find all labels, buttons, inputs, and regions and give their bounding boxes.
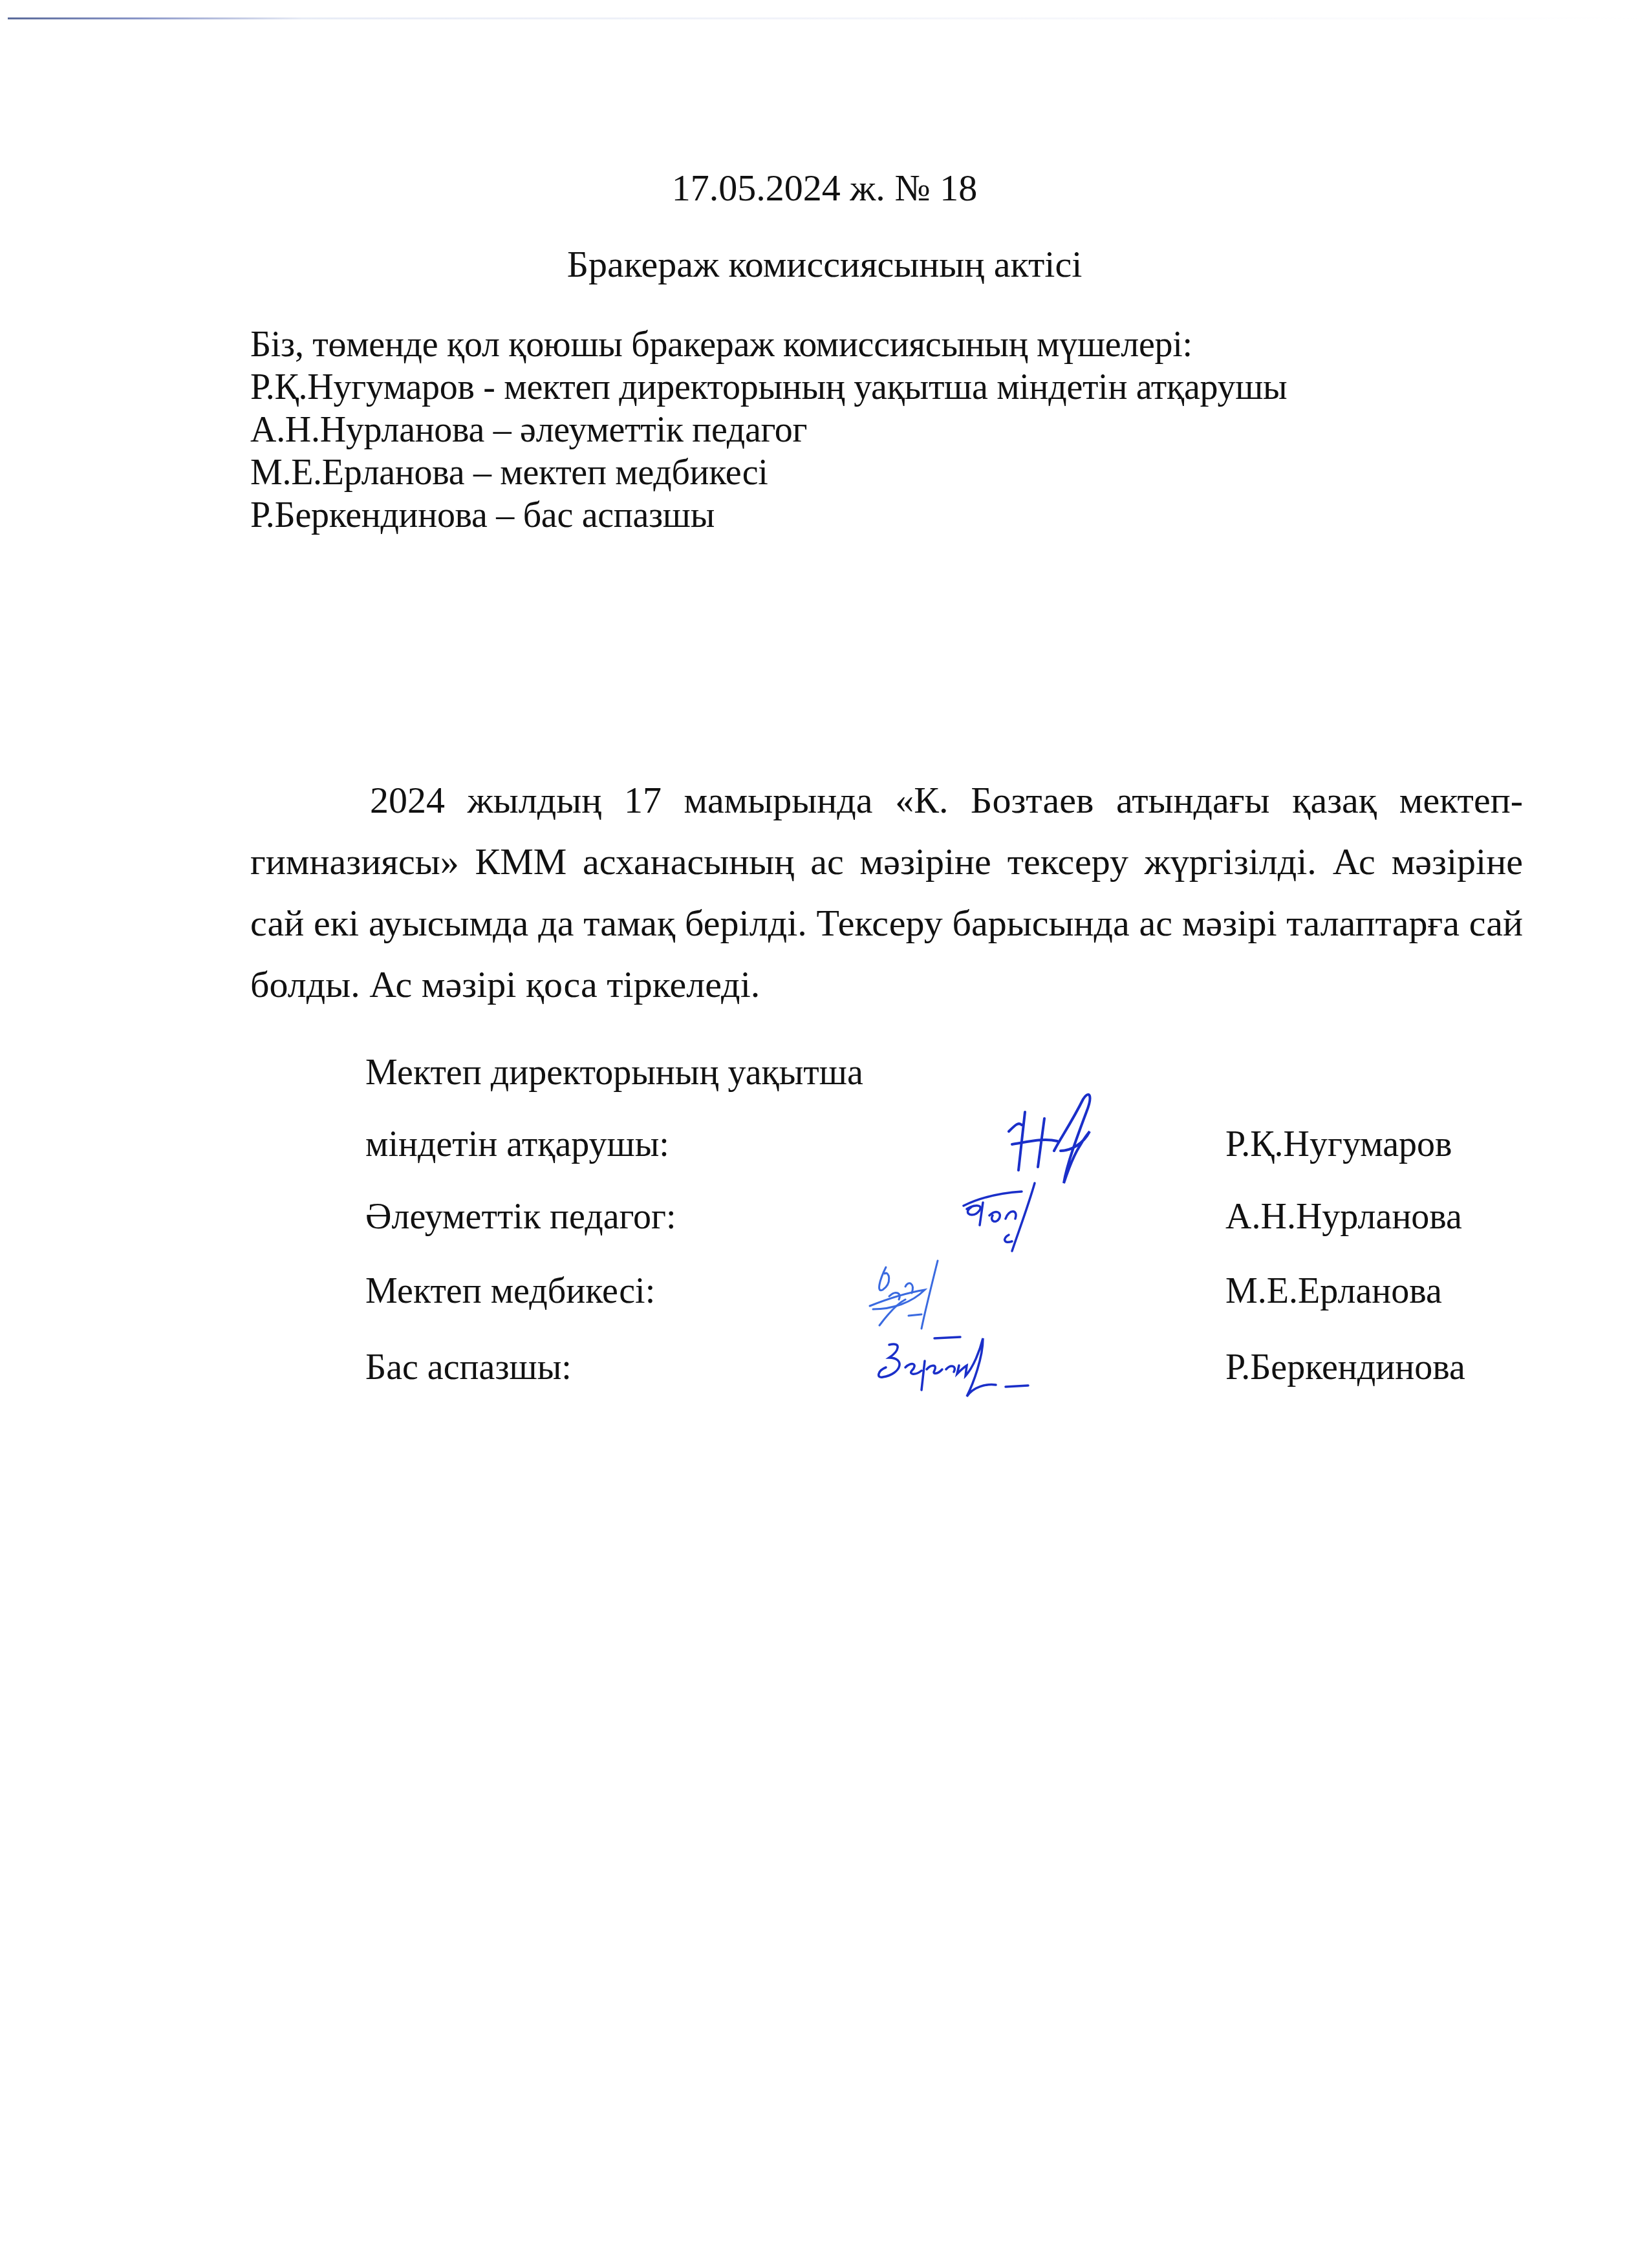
handwritten-signature-nurse-icon bbox=[867, 1254, 951, 1338]
signature-name-director: Р.Қ.Нугумаров bbox=[1225, 1124, 1452, 1165]
signature-name-head-cook: Р.Беркендинова bbox=[1225, 1347, 1465, 1388]
member-line: М.Е.Ерланова – мектеп медбикесі bbox=[250, 451, 1287, 494]
member-line: А.Н.Нурланова – әлеуметтік педагог bbox=[250, 409, 1287, 451]
commission-members: Біз, төменде қол қоюшы бракераж комиссия… bbox=[250, 323, 1287, 537]
document-date-number: 17.05.2024 ж. № 18 bbox=[0, 169, 1649, 207]
signature-role-social-pedagogue: Әлеуметтік педагог: bbox=[365, 1196, 676, 1237]
handwritten-signature-head-cook-icon bbox=[870, 1332, 1038, 1403]
scan-edge-line bbox=[8, 17, 1644, 19]
member-line: Р.Қ.Нугумаров - мектеп директорының уақы… bbox=[250, 366, 1287, 409]
signature-role-head-cook: Бас аспазшы: bbox=[365, 1347, 572, 1388]
signature-name-social-pedagogue: А.Н.Нурланова bbox=[1225, 1196, 1462, 1237]
handwritten-signature-social-pedagogue-icon bbox=[957, 1180, 1048, 1257]
signature-name-nurse: М.Е.Ерланова bbox=[1225, 1270, 1442, 1312]
signature-role-director-line2: міндетін атқарушы: bbox=[365, 1124, 669, 1165]
document-title: Бракераж комиссиясының актісі bbox=[0, 246, 1649, 283]
members-intro: Біз, төменде қол қоюшы бракераж комиссия… bbox=[250, 323, 1287, 366]
signature-role-nurse: Мектеп медбикесі: bbox=[365, 1270, 655, 1312]
member-line: Р.Беркендинова – бас аспазшы bbox=[250, 494, 1287, 537]
body-paragraph: 2024 жылдың 17 мамырында «К. Бозтаев аты… bbox=[250, 769, 1523, 1015]
signature-role-director-line1: Мектеп директорының уақытша bbox=[365, 1052, 863, 1093]
